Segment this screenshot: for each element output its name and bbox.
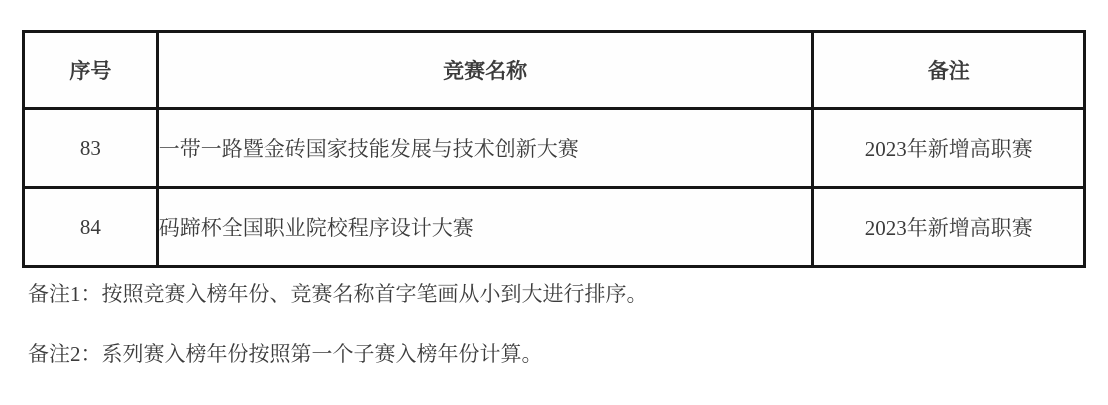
footnote-2: 备注2：系列赛入榜年份按照第一个子赛入榜年份计算。: [28, 341, 543, 367]
column-header-name: 竞赛名称: [157, 32, 813, 109]
row-remark-cell: 2023年新增高职赛: [813, 188, 1085, 267]
row-remark-cell: 2023年新增高职赛: [813, 109, 1085, 188]
column-header-index: 序号: [24, 32, 158, 109]
row-index-cell: 84: [24, 188, 158, 267]
table-row: 83 一带一路暨金砖国家技能发展与技术创新大赛 2023年新增高职赛: [24, 109, 1085, 188]
column-header-remark: 备注: [813, 32, 1085, 109]
row-name-cell: 一带一路暨金砖国家技能发展与技术创新大赛: [157, 109, 813, 188]
row-name-cell: 码蹄杯全国职业院校程序设计大赛: [157, 188, 813, 267]
document-page: 序号 竞赛名称 备注 83 一带一路暨金砖国家技能发展与技术创新大赛 2023年…: [0, 0, 1108, 405]
competition-table: 序号 竞赛名称 备注 83 一带一路暨金砖国家技能发展与技术创新大赛 2023年…: [22, 30, 1086, 268]
table-row: 84 码蹄杯全国职业院校程序设计大赛 2023年新增高职赛: [24, 188, 1085, 267]
row-index-cell: 83: [24, 109, 158, 188]
footnote-1: 备注1：按照竞赛入榜年份、竞赛名称首字笔画从小到大进行排序。: [28, 281, 648, 307]
table-header-row: 序号 竞赛名称 备注: [24, 32, 1085, 109]
